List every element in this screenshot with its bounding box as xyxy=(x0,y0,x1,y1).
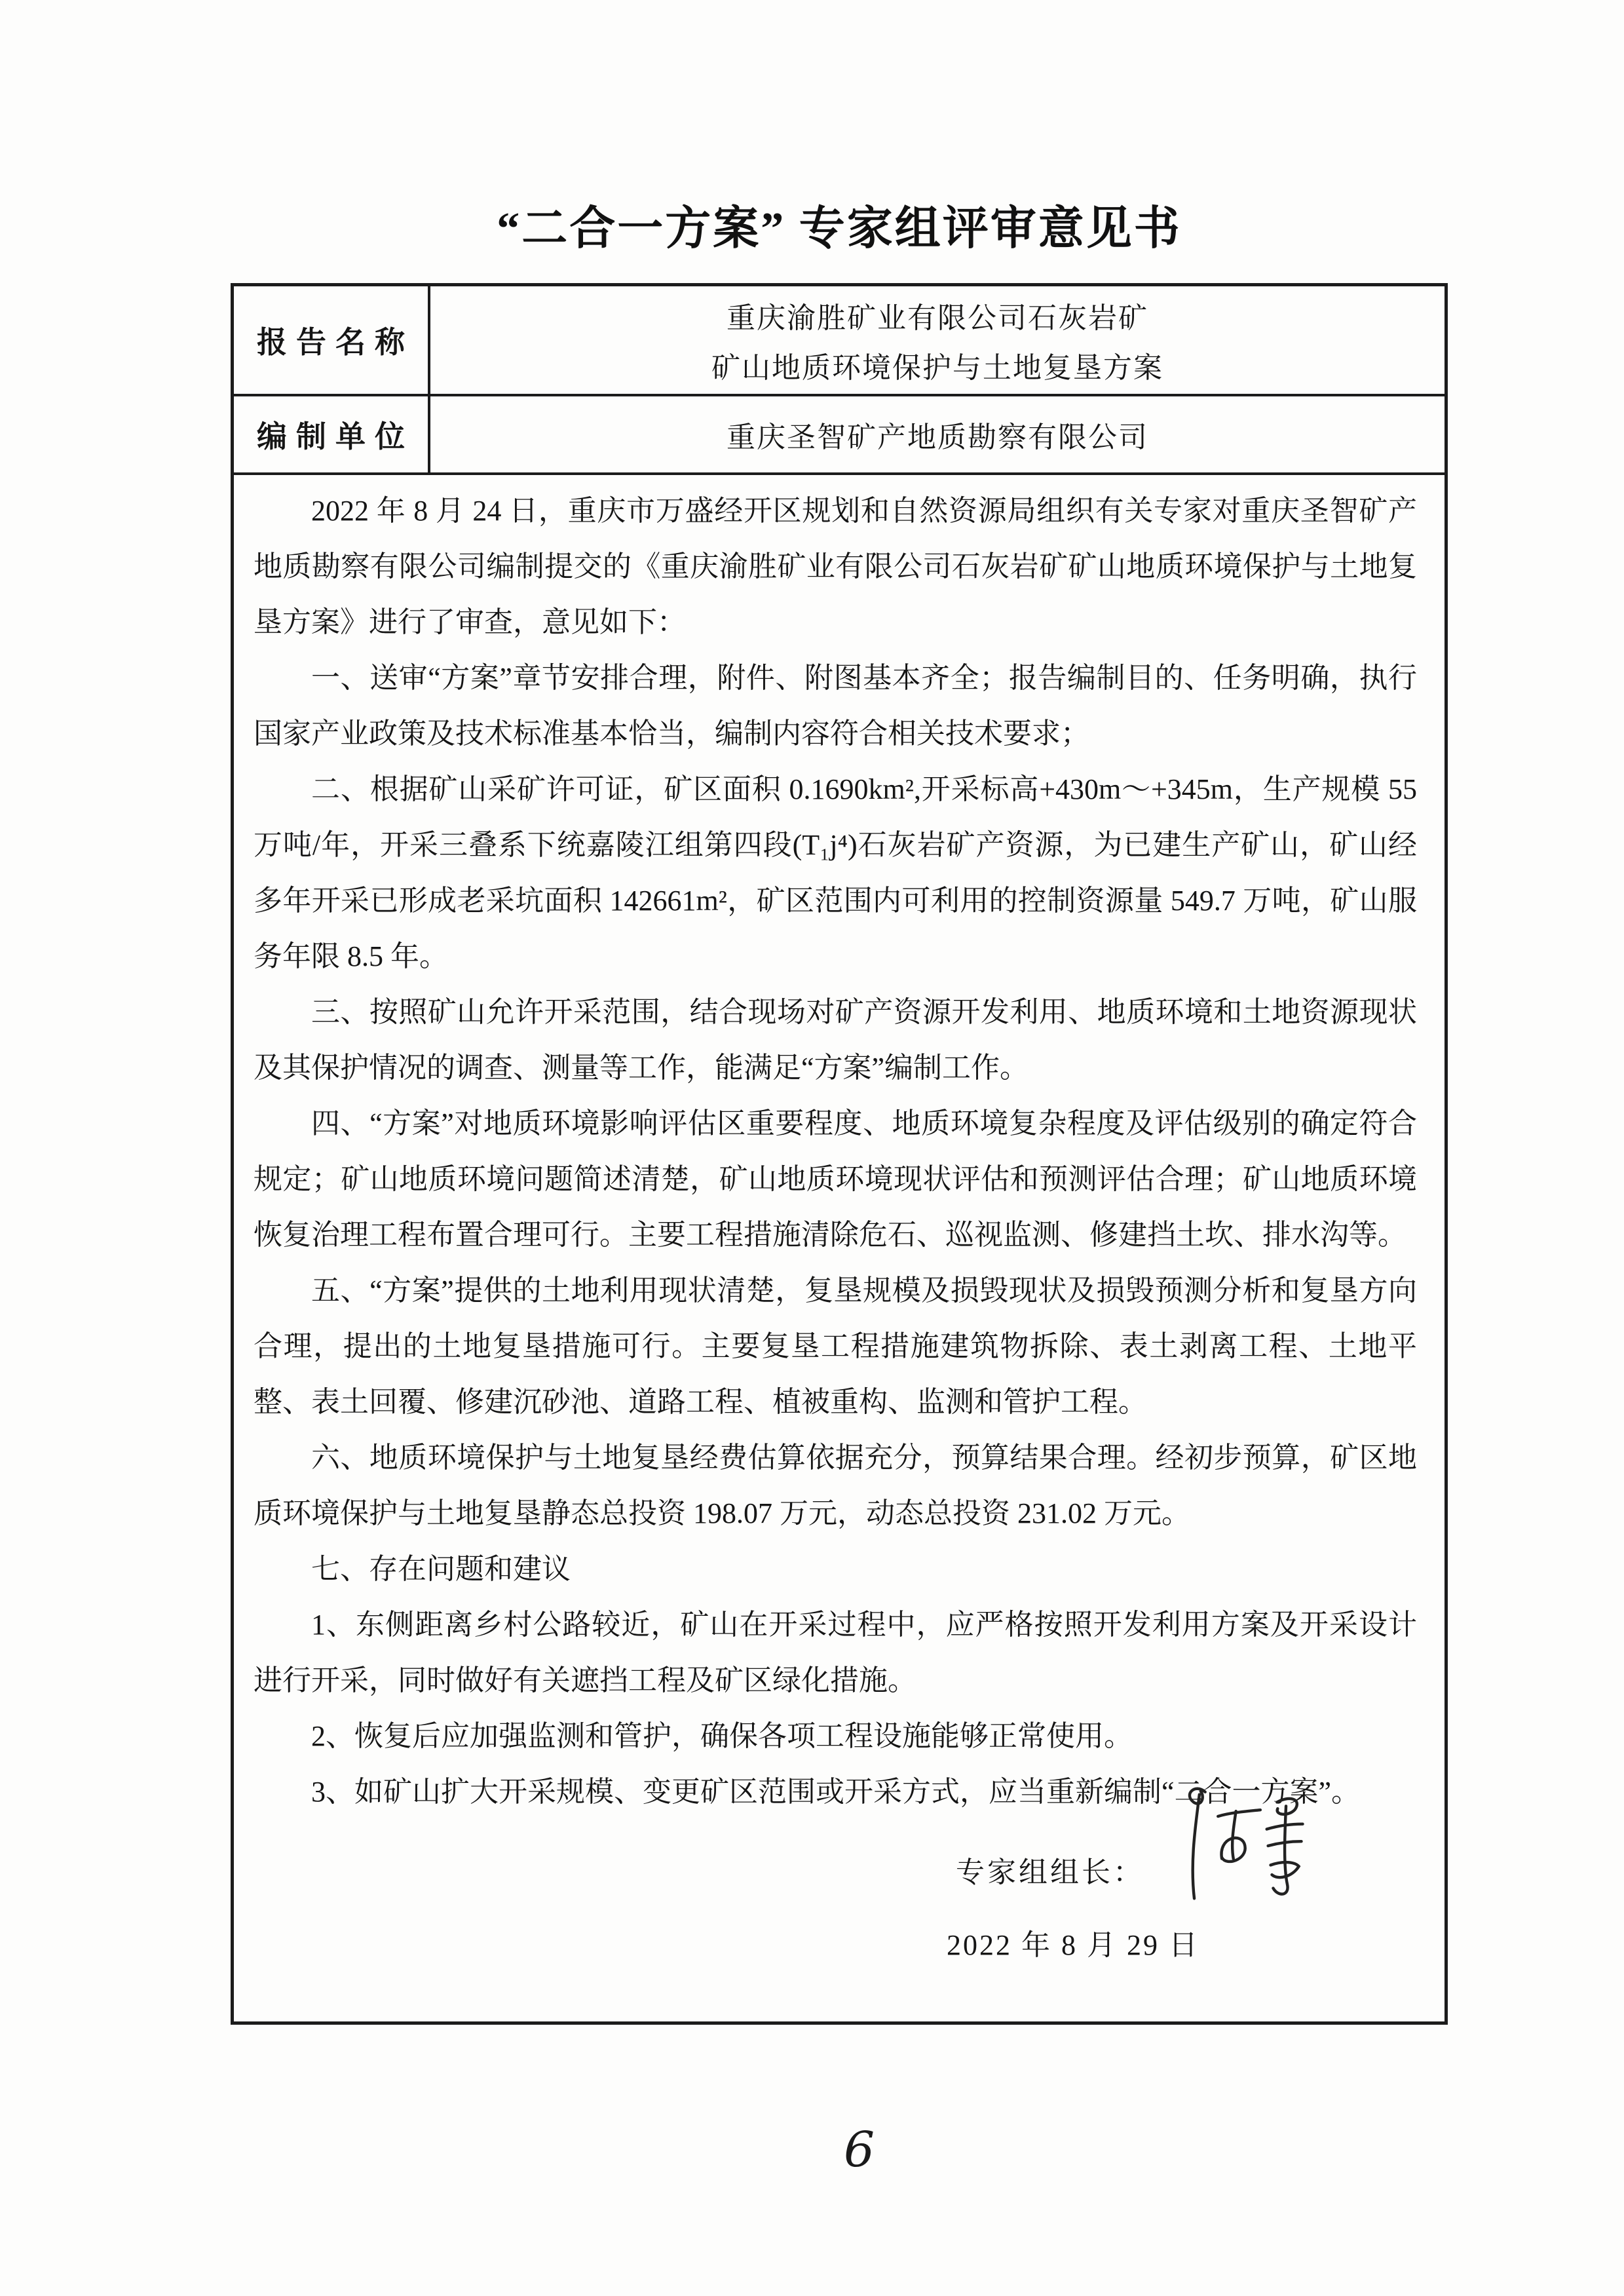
signature-label: 专家组组长： xyxy=(956,1856,1144,1888)
report-name-line-1: 重庆渝胜矿业有限公司石灰岩矿 xyxy=(727,294,1148,336)
compiler-line-1: 重庆圣智矿产地质勘察有限公司 xyxy=(727,413,1148,455)
review-body: 2022 年 8 月 24 日，重庆市万盛经开区规划和自然资源局组织有关专家对重… xyxy=(234,475,1445,2021)
report-name-label: 报告名称 xyxy=(234,286,430,394)
paragraph-item-7: 七、存在问题和建议 xyxy=(254,1541,1417,1597)
compiler-label: 编制单位 xyxy=(234,396,430,472)
paragraph-suggestion-1: 1、东侧距离乡村公路较近，矿山在开采过程中，应严格按照开发利用方案及开采设计进行… xyxy=(254,1597,1417,1708)
paragraph-item-1: 一、送审“方案”章节安排合理，附件、附图基本齐全；报告编制目的、任务明确，执行国… xyxy=(254,650,1417,761)
paragraph-suggestion-2: 2、恢复后应加强监测和管护，确保各项工程设施能够正常使用。 xyxy=(254,1708,1417,1764)
page-number: 6 xyxy=(844,2122,875,2178)
document-title: “二合一方案” 专家组评审意见书 xyxy=(231,191,1448,258)
paragraph-item-3: 三、按照矿山允许开采范围，结合现场对矿产资源开发利用、地质环境和土地资源现状及其… xyxy=(254,984,1417,1096)
report-name-value: 重庆渝胜矿业有限公司石灰岩矿 矿山地质环境保护与土地复垦方案 xyxy=(430,286,1445,394)
meta-row-report-name: 报告名称 重庆渝胜矿业有限公司石灰岩矿 矿山地质环境保护与土地复垦方案 xyxy=(234,286,1445,396)
paragraph-item-2: 二、根据矿山采矿许可证，矿区面积 0.1690km²,开采标高+430m～+34… xyxy=(254,761,1417,984)
paragraph-item-4: 四、“方案”对地质环境影响评估区重要程度、地质环境复杂程度及评估级别的确定符合规… xyxy=(254,1096,1417,1263)
report-name-line-2: 矿山地质环境保护与土地复垦方案 xyxy=(711,344,1163,386)
scanned-document-page: “二合一方案” 专家组评审意见书 报告名称 重庆渝胜矿业有限公司石灰岩矿 矿山地… xyxy=(0,0,1624,2296)
signature-date: 2022 年 8 月 29 日 xyxy=(947,1917,1417,1973)
signature-row: 专家组组长： xyxy=(254,1845,1417,1900)
signature-block: 专家组组长： xyxy=(254,1845,1417,1973)
compiler-value: 重庆圣智矿产地质勘察有限公司 xyxy=(430,396,1445,472)
paragraph-intro: 2022 年 8 月 24 日，重庆市万盛经开区规划和自然资源局组织有关专家对重… xyxy=(254,483,1417,650)
meta-row-compiler: 编制单位 重庆圣智矿产地质勘察有限公司 xyxy=(234,396,1445,475)
paragraph-item-5: 五、“方案”提供的土地利用现状清楚，复垦规模及损毁现状及损毁预测分析和复垦方向合… xyxy=(254,1263,1417,1430)
signature-handwriting-icon xyxy=(1164,1780,1318,1911)
paragraph-item-6: 六、地质环境保护与土地复垦经费估算依据充分，预算结果合理。经初步预算，矿区地质环… xyxy=(254,1430,1417,1541)
review-opinion-table: 报告名称 重庆渝胜矿业有限公司石灰岩矿 矿山地质环境保护与土地复垦方案 编制单位… xyxy=(231,283,1448,2025)
